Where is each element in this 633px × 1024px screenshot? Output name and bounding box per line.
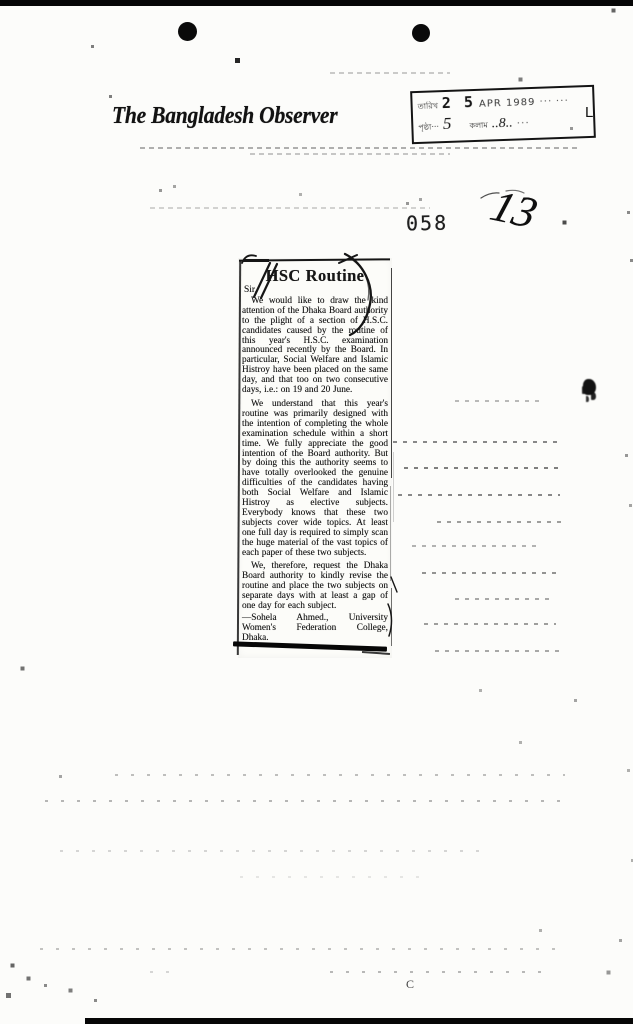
scanned-page: The Bangladesh Observer তারিখ 2 5 APR 19…	[0, 0, 633, 1024]
scan-edge-bottom	[85, 1018, 633, 1024]
newspaper-clipping: HSC Routine Sir, We would like to draw t…	[238, 258, 392, 658]
noise-speckles	[0, 0, 1, 1]
clipping-paragraph: We would like to draw the kind attention…	[242, 297, 388, 396]
bleed-line	[398, 494, 560, 496]
stamp-date-month-year: APR 1989	[479, 97, 536, 110]
scan-smudge	[140, 147, 580, 149]
clipping-salutation: Sir,	[244, 286, 388, 296]
clipping-edge-right	[391, 268, 393, 478]
bleed-line-vertical	[393, 452, 394, 522]
bleed-line	[437, 521, 562, 523]
stray-letter-mark: C	[406, 977, 414, 992]
serial-number: 058	[406, 211, 449, 236]
clipping-title: HSC Routine	[242, 267, 388, 285]
bleed-line	[393, 441, 558, 443]
stamp-date-label: তারিখ	[417, 100, 438, 114]
bleed-line	[422, 572, 557, 574]
stamp-column-label: কলাম	[469, 120, 488, 134]
bleed-line	[455, 598, 555, 600]
clipping-paragraph: We, therefore, request the Dhaka Board a…	[242, 562, 388, 612]
clipping-edge-left	[237, 261, 241, 655]
clipping-paragraph: We understand that this year's routine w…	[242, 400, 388, 559]
clipping-edge-right	[390, 486, 391, 581]
stamp-date-day: 2 5	[442, 93, 476, 112]
scan-smudge	[330, 72, 450, 74]
punch-hole-left	[178, 22, 197, 41]
stamp-column-value: ..8..	[491, 116, 513, 133]
stamp-page-value: 5	[443, 114, 452, 134]
stamp-date-dashes: ··· ···	[539, 96, 569, 108]
clipping-text-column: HSC Routine Sir, We would like to draw t…	[242, 262, 388, 644]
bleed-line	[115, 774, 565, 776]
bleed-line	[404, 467, 562, 469]
date-stamp-box: তারিখ 2 5 APR 1989 ··· ··· পৃষ্ঠা··· 5 ক…	[410, 85, 596, 144]
stamp-page-label: পৃষ্ঠা···	[418, 121, 439, 135]
bleed-line	[435, 650, 560, 652]
bleed-line	[150, 971, 180, 973]
corner-mark-l: L	[585, 104, 593, 121]
ink-blob	[583, 379, 596, 395]
newspaper-masthead: The Bangladesh Observer	[112, 103, 337, 130]
bleed-line	[455, 400, 545, 402]
scan-edge-top	[0, 0, 633, 6]
bleed-line	[45, 800, 565, 802]
scan-smudge	[150, 207, 430, 209]
bleed-line	[330, 971, 545, 973]
bleed-line	[40, 948, 565, 950]
bleed-line	[412, 545, 542, 547]
clipping-edge-right	[391, 588, 392, 646]
clipping-signature: —Sohela Ahmed., University Women's Feder…	[242, 614, 388, 644]
stamp-column-dashes: ···	[517, 118, 530, 129]
punch-hole-right	[412, 24, 430, 42]
handwritten-page-number: 13	[485, 181, 544, 239]
bleed-line	[60, 850, 480, 852]
scan-smudge	[250, 153, 450, 155]
bleed-line	[240, 876, 420, 878]
bleed-line	[424, 623, 556, 625]
